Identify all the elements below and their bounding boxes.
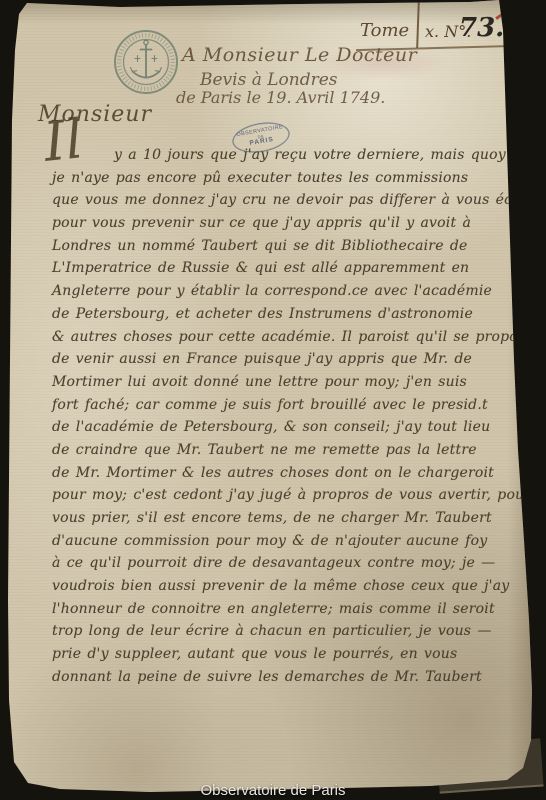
manuscript-line: fort faché; car comme je suis fort broui… (52, 397, 518, 420)
manuscript-line: de venir aussi en France puisque j'ay ap… (52, 351, 518, 374)
manuscript-line: de Petersbourg, et acheter des Instrumen… (52, 306, 518, 329)
manuscript-line: vous prier, s'il est encore tems, de ne … (52, 510, 518, 533)
manuscript-line: L'Imperatrice de Russie & qui est allé a… (52, 260, 518, 283)
manuscript-line: Angleterre pour y établir la correspond.… (52, 283, 518, 306)
tome-label: Tome (360, 20, 409, 41)
manuscript-line: pour moy; c'est cedont j'ay jugé à propr… (52, 487, 518, 510)
manuscript-line: de l'académie de Petersbourg, & son cons… (52, 419, 518, 442)
address-line-city: Bevis à Londres (200, 70, 338, 90)
manuscript-line: à ce qu'il pourroit dire de desavantageu… (52, 555, 518, 578)
address-line-recipient: A Monsieur Le Docteur (182, 44, 417, 66)
manuscript-line: de craindre que Mr. Taubert ne me remett… (52, 442, 518, 465)
manuscript-line: Londres un nommé Taubert qui se dit Bibl… (52, 238, 518, 261)
manuscript-line: je n'aye pas encore pû executer toutes l… (52, 170, 518, 193)
manuscript-line: d'aucune commission pour moy & de n'ajou… (52, 533, 518, 556)
dateline: de Paris le 19. Avril 1749. (176, 88, 385, 107)
anchor-seal-stamp-icon (112, 28, 180, 96)
manuscript-line: que vous me donnez j'ay cru ne devoir pa… (52, 192, 518, 215)
manuscript-line: donnant la peine de suivre les demarches… (52, 669, 518, 692)
letter-body: y a 10 jours que j'ay reçu votre dernier… (52, 147, 518, 692)
annotation-divider-line (416, 0, 420, 48)
manuscript-line: voudrois bien aussi prevenir de la même … (52, 578, 518, 601)
manuscript-line: & autres choses pour cette académie. Il … (52, 329, 518, 352)
manuscript-page: Tome x. N°. 73. (0, 0, 546, 800)
manuscript-line: prie d'y suppleer, autant que vous le po… (52, 646, 518, 669)
manuscript-line: Mortimer lui avoit donné une lettre pour… (52, 374, 518, 397)
manuscript-line: trop long de leur écrire à chacun en par… (52, 623, 518, 646)
manuscript-line: de Mr. Mortimer & les autres choses dont… (52, 465, 518, 488)
manuscript-line: pour vous prevenir sur ce que j'ay appri… (52, 215, 518, 238)
manuscript-line: y a 10 jours que j'ay reçu votre dernier… (52, 147, 518, 170)
manuscript-photo: Tome x. N°. 73. (0, 0, 546, 800)
photo-caption: Observatoire de Paris (0, 782, 546, 799)
manuscript-line: l'honneur de connoitre en angleterre; ma… (52, 601, 518, 624)
